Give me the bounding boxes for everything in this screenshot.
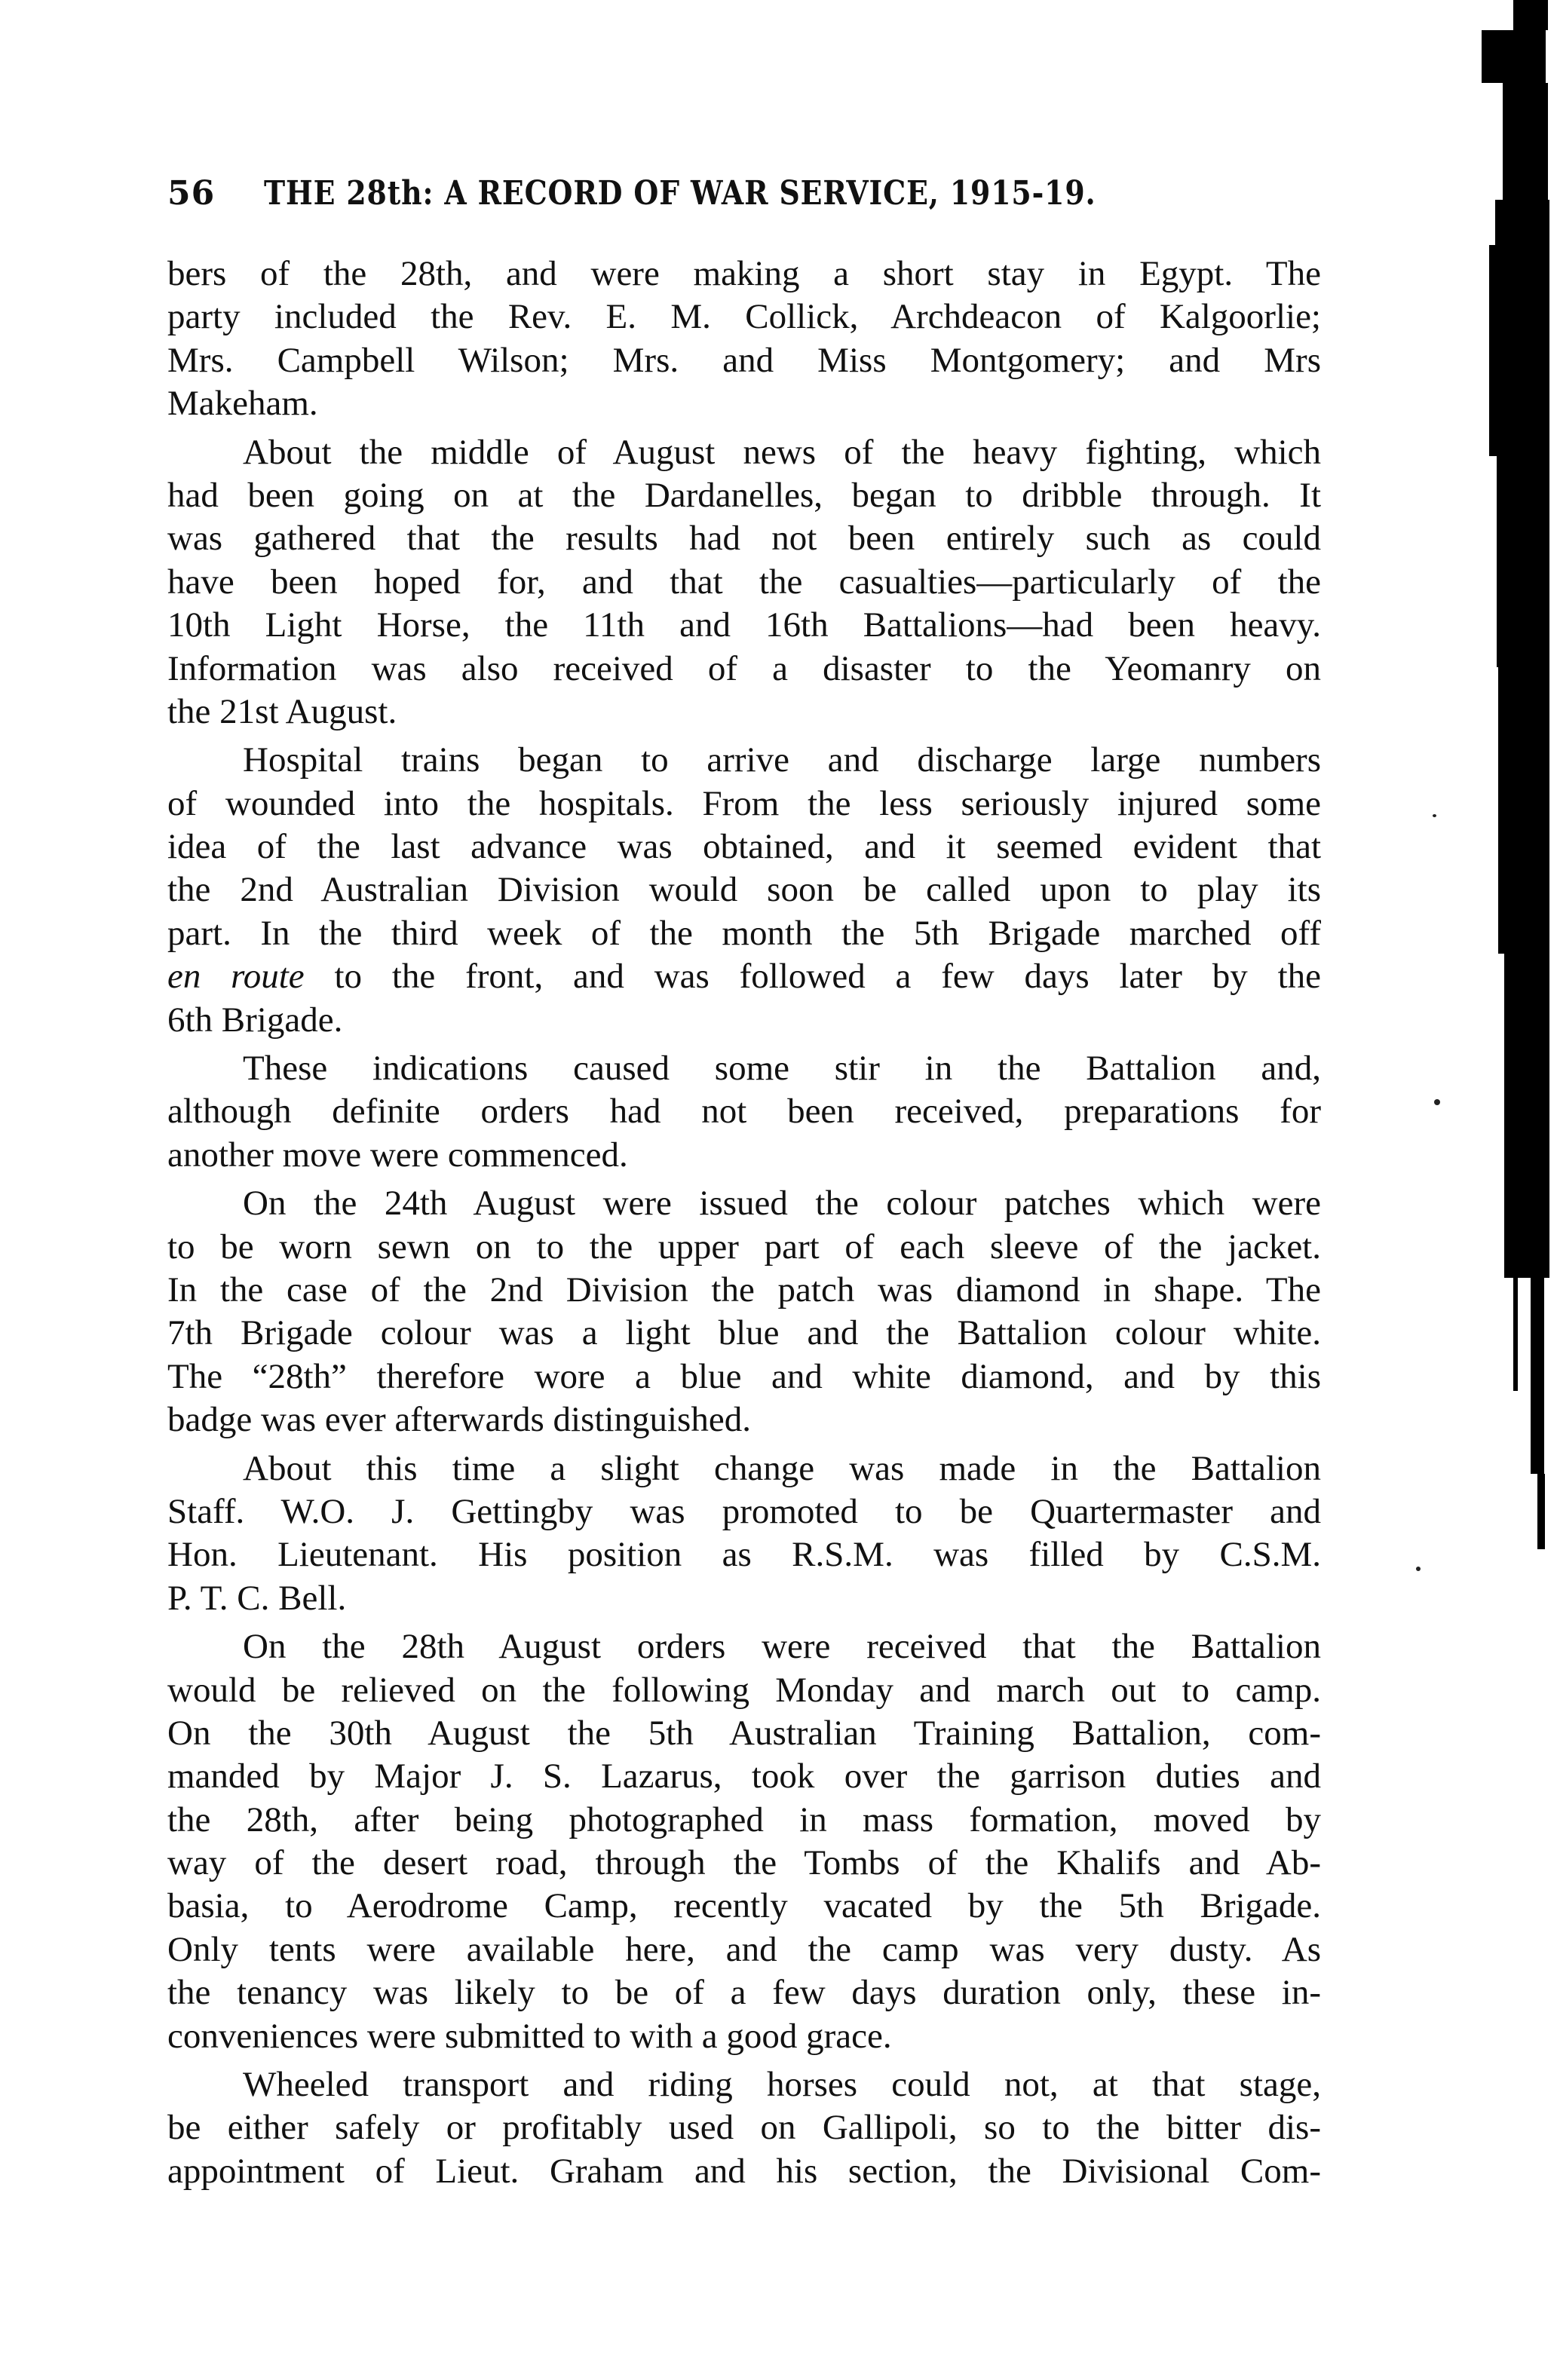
text-line: On the 30th August the 5th Australian Tr… bbox=[167, 1712, 1321, 1755]
text-line: In the case of the 2nd Division the patc… bbox=[167, 1269, 1321, 1312]
text-line: 10th Light Horse, the 11th and 16th Batt… bbox=[167, 604, 1321, 647]
text-line: P. T. C. Bell. bbox=[167, 1577, 1321, 1620]
paragraph: About this time a slight change was made… bbox=[167, 1447, 1321, 1621]
running-header: 56THE 28th: A RECORD OF WAR SERVICE, 191… bbox=[167, 167, 1344, 220]
text-line: 7th Brigade colour was a light blue and … bbox=[167, 1312, 1321, 1355]
scan-speck bbox=[1433, 814, 1436, 817]
text-line: to be worn sewn on to the upper part of … bbox=[167, 1226, 1321, 1269]
text-line: another move were commenced. bbox=[167, 1134, 1321, 1177]
text-line: Information was also received of a disas… bbox=[167, 648, 1321, 691]
paragraph: These indications caused some stir in th… bbox=[167, 1047, 1321, 1177]
text-line: 6th Brigade. bbox=[167, 999, 1321, 1042]
text-line: On the 24th August were issued the colou… bbox=[167, 1182, 1321, 1225]
text-line: appointment of Lieut. Graham and his sec… bbox=[167, 2150, 1321, 2193]
text-line: be either safely or profitably used on G… bbox=[167, 2106, 1321, 2149]
text-line: manded by Major J. S. Lazarus, took over… bbox=[167, 1755, 1321, 1798]
running-title: THE 28th: A RECORD OF WAR SERVICE, 1915-… bbox=[264, 167, 1096, 220]
paragraph: On the 24th August were issued the colou… bbox=[167, 1182, 1321, 1441]
text-line: would be relieved on the following Monda… bbox=[167, 1669, 1321, 1712]
text-line: conveniences were submitted to with a go… bbox=[167, 2015, 1321, 2058]
paragraph: Wheeled transport and riding horses coul… bbox=[167, 2063, 1321, 2193]
text-line: Hospital trains began to arrive and disc… bbox=[167, 739, 1321, 782]
text-line: Makeham. bbox=[167, 382, 1321, 425]
text-line: badge was ever afterwards distinguished. bbox=[167, 1398, 1321, 1441]
text-line: the 2nd Australian Division would soon b… bbox=[167, 868, 1321, 911]
text-line: The “28th” therefore wore a blue and whi… bbox=[167, 1355, 1321, 1398]
text-line: bers of the 28th, and were making a shor… bbox=[167, 253, 1321, 296]
page-number: 56 bbox=[167, 167, 264, 220]
paragraph: bers of the 28th, and were making a shor… bbox=[167, 253, 1321, 426]
text-line: part. In the third week of the month the… bbox=[167, 912, 1321, 955]
text-line: About the middle of August news of the h… bbox=[167, 431, 1321, 474]
text-line: On the 28th August orders were received … bbox=[167, 1625, 1321, 1668]
text-line: although definite orders had not been re… bbox=[167, 1090, 1321, 1133]
text-line: Wheeled transport and riding horses coul… bbox=[167, 2063, 1321, 2106]
italic-phrase: en route bbox=[167, 957, 305, 996]
binding-shadow bbox=[1467, 0, 1557, 2380]
text-line: of wounded into the hospitals. From the … bbox=[167, 783, 1321, 825]
text-line: Only tents were available here, and the … bbox=[167, 1928, 1321, 1971]
text-line: had been going on at the Dardanelles, be… bbox=[167, 474, 1321, 517]
scan-speck bbox=[1434, 1099, 1440, 1105]
text-line: Mrs. Campbell Wilson; Mrs. and Miss Mont… bbox=[167, 339, 1321, 382]
text-line: way of the desert road, through the Tomb… bbox=[167, 1842, 1321, 1885]
text-line: About this time a slight change was made… bbox=[167, 1447, 1321, 1490]
paragraph: On the 28th August orders were received … bbox=[167, 1625, 1321, 2058]
paragraph: About the middle of August news of the h… bbox=[167, 431, 1321, 734]
scan-speck bbox=[1416, 1567, 1421, 1571]
body-text: bers of the 28th, and were making a shor… bbox=[167, 253, 1321, 2198]
text-line: Staff. W.O. J. Gettingby was promoted to… bbox=[167, 1490, 1321, 1533]
text-line: These indications caused some stir in th… bbox=[167, 1047, 1321, 1090]
text-line: the 21st August. bbox=[167, 691, 1321, 734]
text-line: basia, to Aerodrome Camp, recently vacat… bbox=[167, 1885, 1321, 1928]
text-line: party included the Rev. E. M. Collick, A… bbox=[167, 296, 1321, 338]
text-line: en route to the front, and was followed … bbox=[167, 955, 1321, 998]
text-line: Hon. Lieutenant. His position as R.S.M. … bbox=[167, 1533, 1321, 1576]
text-line: have been hoped for, and that the casual… bbox=[167, 561, 1321, 604]
text-line: the tenancy was likely to be of a few da… bbox=[167, 1971, 1321, 2014]
paragraph: Hospital trains began to arrive and disc… bbox=[167, 739, 1321, 1042]
text-line: the 28th, after being photographed in ma… bbox=[167, 1799, 1321, 1842]
scanned-page: 56THE 28th: A RECORD OF WAR SERVICE, 191… bbox=[0, 0, 1557, 2380]
text-line: was gathered that the results had not be… bbox=[167, 517, 1321, 560]
text-line: idea of the last advance was obtained, a… bbox=[167, 825, 1321, 868]
